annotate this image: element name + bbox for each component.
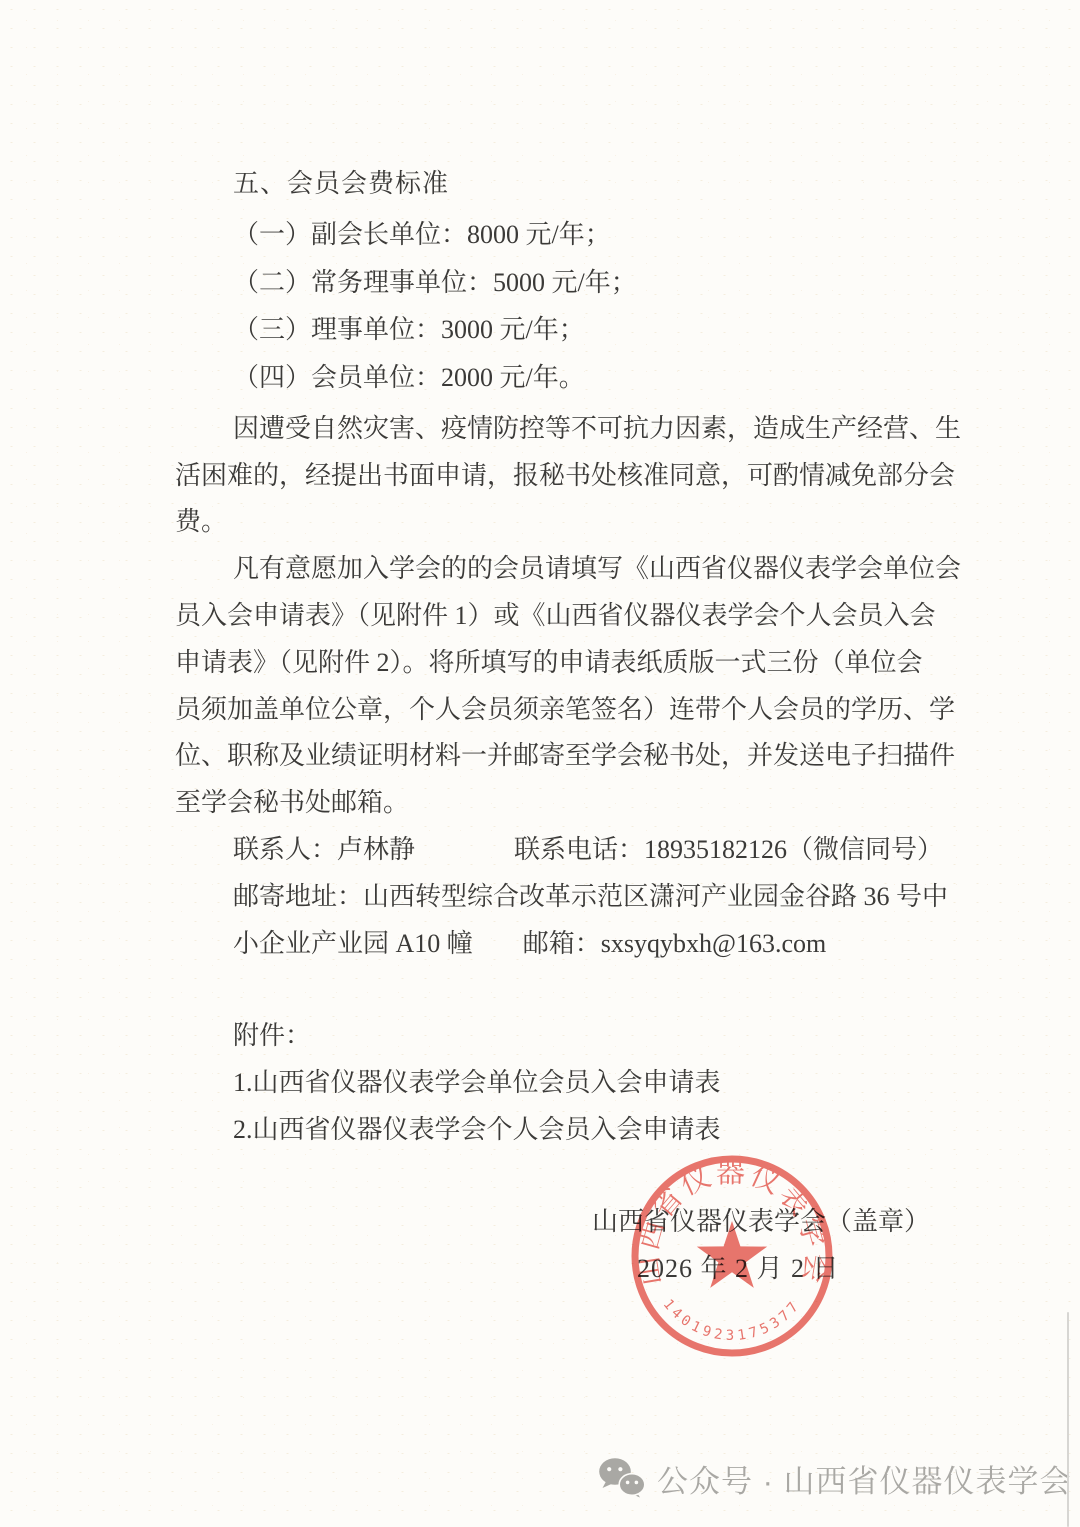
contact-address-line2: 小企业产业园 A10 幢	[233, 929, 473, 958]
contact-email: 邮箱：sxsyqybxh@163.com	[523, 929, 826, 958]
signature-date: 2026 年 2 月 2 日	[637, 1246, 920, 1293]
paragraph-apply-line: 位、职称及业绩证明材料一并邮寄至学会秘书处，并发送电子扫描件	[175, 733, 920, 780]
scrollbar-thumb[interactable]	[1067, 1312, 1069, 1527]
fee-item-director: （三）理事单位：3000 元/年；	[233, 306, 920, 354]
paragraph-relief-line: 因遭受自然灾害、疫情防控等不可抗力因素，造成生产经营、生	[175, 406, 920, 453]
contact-row: 联系人：卢林静联系电话：18935182126（微信同号）	[233, 827, 920, 874]
fee-item-member: （四）会员单位：2000 元/年。	[233, 354, 920, 402]
wechat-account-watermark: 公众号 · 山西省仪器仪表学会	[598, 1456, 1072, 1501]
signature-organization: 山西省仪器仪表学会（盖章）	[592, 1199, 920, 1246]
attachments-title: 附件：	[233, 1013, 920, 1060]
seal-serial-number: 1401923175377	[660, 1296, 805, 1344]
contact-person: 联系人：卢林静	[233, 835, 415, 864]
paragraph-apply-line: 申请表》（见附件 2）。将所填写的申请表纸质版一式三份（单位会	[175, 640, 920, 687]
paragraph-relief-line: 活困难的，经提出书面申请，报秘书处核准同意，可酌情减免部分会	[175, 453, 920, 500]
contact-row: 小企业产业园 A10 幢邮箱：sxsyqybxh@163.com	[233, 921, 920, 968]
document-body: 五、会员会费标准 （一）副会长单位：8000 元/年； （二）常务理事单位：50…	[175, 160, 920, 1292]
paragraph-apply-line: 凡有意愿加入学会的的会员请填写《山西省仪器仪表学会单位会	[175, 546, 920, 593]
attachment-item-2: 2.山西省仪器仪表学会个人会员入会申请表	[233, 1107, 920, 1154]
fee-item-vice-president: （一）副会长单位：8000 元/年；	[233, 211, 920, 259]
contact-address-line1: 邮寄地址：山西转型综合改革示范区潇河产业园金谷路 36 号中	[233, 874, 920, 921]
fee-item-standing-director: （二）常务理事单位：5000 元/年；	[233, 259, 920, 307]
paragraph-relief-line: 费。	[175, 499, 920, 546]
wechat-icon	[598, 1457, 646, 1501]
document-page: 五、会员会费标准 （一）副会长单位：8000 元/年； （二）常务理事单位：50…	[0, 0, 1080, 1527]
paragraph-apply-line: 员入会申请表》（见附件 1）或《山西省仪器仪表学会个人会员入会	[175, 593, 920, 640]
contact-phone: 联系电话：18935182126（微信同号）	[514, 835, 943, 864]
section-heading: 五、会员会费标准	[233, 160, 920, 207]
attachment-item-1: 1.山西省仪器仪表学会单位会员入会申请表	[233, 1060, 920, 1107]
paragraph-apply-line: 至学会秘书处邮箱。	[175, 780, 920, 827]
wechat-account-text: 公众号 · 山西省仪器仪表学会	[657, 1456, 1072, 1501]
paragraph-apply-line: 员须加盖单位公章，个人会员须亲笔签名）连带个人会员的学历、学	[175, 687, 920, 734]
